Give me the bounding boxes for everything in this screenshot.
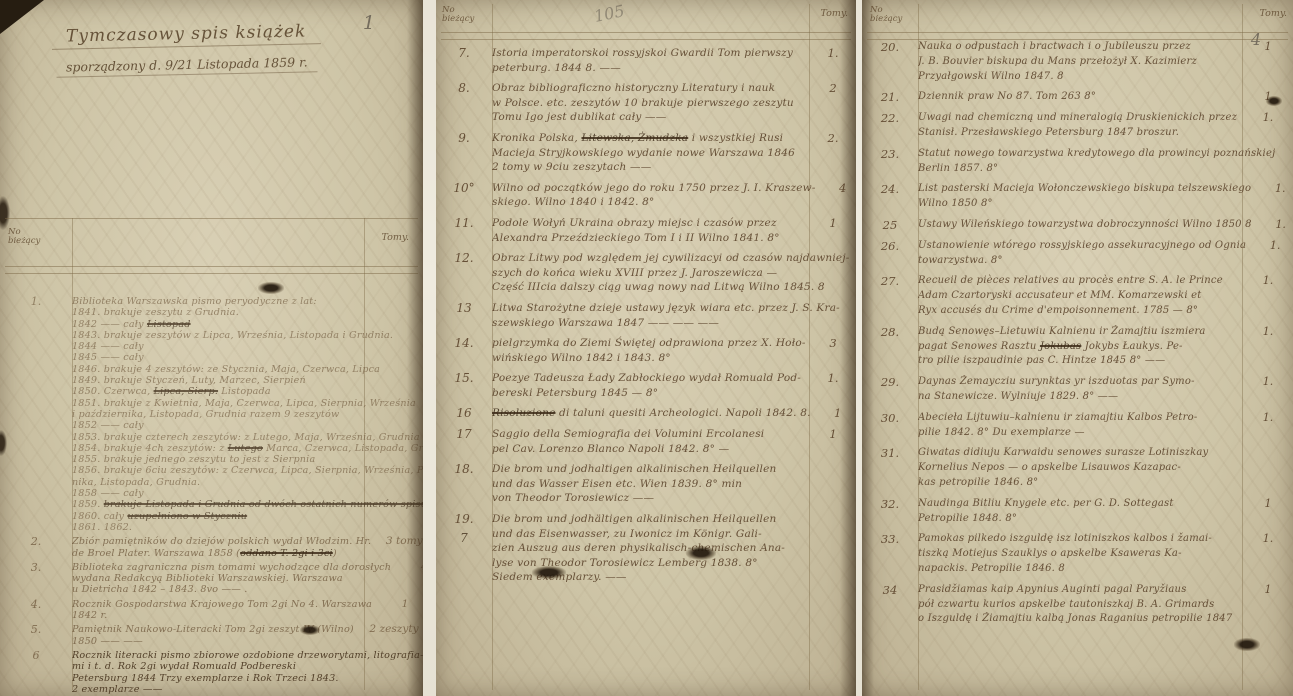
entry-tomy-value: [810, 512, 856, 585]
entry-line: Giwatas didiuju Karwaidu senowes surasze…: [918, 446, 1239, 461]
entry-tomy-value: 1.: [1243, 532, 1293, 576]
entry-tomy-value: [810, 462, 856, 506]
entry-line: peterburg. 1844 8. ——: [492, 61, 806, 76]
column-header-no: No bieżący: [442, 6, 474, 24]
entry-text: Obraz Litwy pod względem jej cywilizacyi…: [492, 251, 854, 295]
entry-line: towarzystwa. 8°: [918, 254, 1246, 269]
entry-tomy-value: 1.: [1255, 182, 1293, 212]
edge-blot: [0, 196, 10, 230]
document-title: Tymczasowy spis książek: [52, 21, 321, 50]
entry-number: 32.: [862, 497, 918, 527]
entry-line: Budą Senowęs–Lietuwiu Kalnienu ir Žamajt…: [918, 325, 1239, 340]
catalog-entry: 6Rocznik literacki pismo zbiorowe ozdobi…: [0, 650, 423, 695]
entry-number: 15.: [436, 371, 492, 400]
entry-line: von Theodor Torosiewicz ——: [492, 491, 806, 506]
entry-line: Adam Czartoryski accusateur et MM. Komar…: [918, 289, 1239, 304]
entry-tomy-value: 1.: [854, 251, 856, 295]
document-subtitle: sporządzony d. 9/21 Listopada 1859 r.: [56, 54, 318, 77]
entry-line: 1850 —— ——: [72, 636, 361, 647]
entry-number: 2.: [0, 536, 72, 559]
entry-tomy-value: 1.: [810, 371, 856, 400]
entry-line: pilie 1842. 8° Du exemplarze —: [918, 426, 1239, 441]
entry-line: 1842 —— cały Listopad: [72, 319, 423, 330]
entry-number: 11.: [436, 216, 492, 245]
catalog-entry: 15.Poezye Tadeusza Łady Zabłockiego wyda…: [436, 371, 856, 400]
catalog-entry: 33.Pamokas pilkedo iszguldę isz lotinisz…: [862, 532, 1293, 576]
entry-line: nika, Listopada, Grudnia.: [72, 477, 423, 488]
catalog-entry: 25Ustawy Wileńskiego towarzystwa dobrocz…: [862, 218, 1293, 233]
entry-tomy-value: 1.: [1243, 325, 1293, 369]
catalog-entry: 5.Pamiętnik Naukowo-Literacki Tom 2gi ze…: [0, 624, 423, 647]
entry-number: 7.: [436, 46, 492, 75]
entry-line: mi i t. d. Rok 2gi wydał Romuald Podbere…: [72, 661, 423, 672]
title-block: Tymczasowy spis książek sporządzony d. 9…: [30, 21, 344, 79]
catalog-entry: 13Litwa Starożytne dzieje ustawy język w…: [436, 301, 856, 330]
pencil-note: 105: [592, 1, 626, 26]
catalog-entry: 2.Zbiór pamiętników do dziejów polskich …: [0, 536, 423, 559]
entry-number: 27.: [862, 274, 918, 318]
entry-line: szewskiego Warszawa 1847 —— —— ——: [492, 316, 840, 331]
entry-text: Rocznik literacki pismo zbiorowe ozdobio…: [72, 650, 423, 695]
catalog-entry: 23.Statut nowego towarzystwa kredytowego…: [862, 147, 1293, 177]
catalog-entry: 9.Kronika Polska, Litewska, Żmudzka i ws…: [436, 131, 856, 175]
ink-blot: [686, 546, 716, 560]
entry-tomy-value: 1: [1279, 147, 1293, 177]
entry-line: Zbiór pamiętników do dziejów polskich wy…: [72, 536, 371, 547]
entry-line: Biblioteka zagraniczna pism tomami wycho…: [72, 562, 391, 573]
entry-line: 1842 r.: [72, 610, 372, 621]
entry-tomy-value: 1: [376, 599, 423, 622]
entry-line: und das Wasser Eisen etc. Wien 1839. 8° …: [492, 477, 806, 492]
entry-line: Nauka o odpustach i bractwach i o Jubile…: [918, 40, 1239, 55]
entry-text: Recueil de pièces relatives au procès en…: [918, 274, 1243, 318]
entry-line: i października, Listopada, Grudnia razem…: [72, 409, 423, 420]
entry-tomy-value: 1: [810, 427, 856, 456]
entry-text: pielgrzymka do Ziemi Świętej odprawiona …: [492, 336, 810, 365]
entry-tomy-value: 1.: [1243, 411, 1293, 441]
entry-text: Kronika Polska, Litewska, Żmudzka i wszy…: [492, 131, 810, 175]
catalog-entry: 11.Podole Wołyń Ukraina obrazy miejsc i …: [436, 216, 856, 245]
catalog-entry: 12.Obraz Litwy pod względem jej cywiliza…: [436, 251, 856, 295]
entry-text: Abecieła Lijtuwiu–kalnienu ir ziamajtiu …: [918, 411, 1243, 441]
page-right: 4 No bieżący Tomy. 20.Nauka o odpustach …: [862, 0, 1293, 696]
entry-number: 21.: [862, 90, 918, 105]
entry-text: Giwatas didiuju Karwaidu senowes surasze…: [918, 446, 1243, 490]
entry-number: 6: [0, 650, 72, 695]
rule-line: [5, 266, 418, 267]
entry-tomy-value: 1: [1243, 40, 1293, 84]
entry-line: 1843. brakuje zeszytów z Lipca, Września…: [72, 330, 423, 341]
entry-line: pagat Senowes Rasztu Jokubas Jokybs Łauk…: [918, 340, 1239, 355]
column-header-no: No bieżący: [8, 228, 40, 246]
catalog-entry: 17Saggio della Semiografia dei Volumini …: [436, 427, 856, 456]
entry-line: 1851. brakuje z Kwietnia, Maja, Czerwca,…: [72, 398, 423, 409]
catalog-entry: 19.7Die brom und jodhältigen alkalinisch…: [436, 512, 856, 585]
entry-line: o Iszguldę i Žiamajtiu kalbą Jonas Ragan…: [918, 612, 1239, 627]
entry-line: Obraz bibliograficzno historyczny Litera…: [492, 81, 806, 96]
entry-line: 1841. brakuje zeszytu z Grudnia.: [72, 307, 423, 318]
entry-line: 1860. cały uzupełniono w Styczniu: [72, 511, 423, 522]
entry-number: 34: [862, 583, 918, 627]
entry-line: und das Eisenwasser, zu Iwonicz im König…: [492, 527, 806, 542]
entry-line: tro pilie iszpaudinie pas C. Hintze 1845…: [918, 354, 1239, 369]
entry-tomy-value: 2.: [844, 301, 856, 330]
rule-line: [441, 39, 851, 40]
entry-tomy-value: [1243, 446, 1293, 490]
entry-tomy-value: 1: [815, 406, 856, 421]
entry-tomy-value: 4: [395, 562, 423, 596]
entry-line: Risoluzione di taluni quesiti Archeologi…: [492, 406, 811, 421]
entry-number: 18.: [436, 462, 492, 506]
entry-tomy-value: 3 tomy: [375, 536, 423, 559]
entry-line: 1861. 1862.: [72, 522, 423, 533]
column-header-tomy: Tomy.: [1260, 8, 1287, 19]
entry-line: Rocznik Gospodarstwa Krajowego Tom 2gi N…: [72, 599, 372, 610]
entry-tomy-value: 2 zeszyty: [365, 624, 423, 647]
rule-line: [441, 32, 851, 33]
entry-line: 2 exemplarze ——: [72, 684, 423, 695]
entry-number: 1.: [0, 296, 72, 533]
entry-line: Naudinga Bitliu Knygele etc. per G. D. S…: [918, 497, 1239, 512]
entry-text: Obraz bibliograficzno historyczny Litera…: [492, 81, 810, 125]
entry-line: Recueil de pièces relatives au procès en…: [918, 274, 1239, 289]
manuscript-scan: 1 Tymczasowy spis książek sporządzony d.…: [0, 0, 1293, 696]
entry-line: Stanisł. Przesławskiego Petersburg 1847 …: [918, 126, 1239, 141]
entry-line: tiszką Motiejus Szauklys o apskelbe Ksaw…: [918, 547, 1239, 562]
entry-line: Petropilie 1848. 8°: [918, 512, 1239, 527]
entry-line: Alexandra Przeździeckiego Tom I i II Wil…: [492, 231, 806, 246]
entry-text: Saggio della Semiografia dei Volumini Er…: [492, 427, 810, 456]
entry-tomy-value: 2.: [810, 131, 856, 175]
entry-line: Dziennik praw No 87. Tom 263 8°: [918, 90, 1239, 105]
entry-line: 1854. brakuje 4ch zeszytów: z Lutego Mar…: [72, 443, 423, 454]
entry-text: Budą Senowęs–Lietuwiu Kalnienu ir Žamajt…: [918, 325, 1243, 369]
catalog-entry: 7.Istoria imperatorskoi rossyjskoi Gward…: [436, 46, 856, 75]
entry-line: Biblioteka Warszawska pismo peryodyczne …: [72, 296, 423, 307]
entry-line: Daynas Žemaycziu surynktas yr iszduotas …: [918, 375, 1239, 390]
entry-line: napackis. Petropilie 1846. 8: [918, 562, 1239, 577]
entry-text: List pasterski Macieja Wołonczewskiego b…: [918, 182, 1255, 212]
entry-text: Biblioteka Warszawska pismo peryodyczne …: [72, 296, 423, 533]
entry-line: Statut nowego towarzystwa kredytowego dl…: [918, 147, 1275, 162]
entry-text: Wilno od początków jego do roku 1750 prz…: [492, 181, 820, 210]
entry-line: J. B. Bouvier biskupa du Mans przełożył …: [918, 55, 1239, 70]
entry-line: wydana Redakcyą Biblioteki Warszawskiej.…: [72, 573, 391, 584]
catalog-entry: 34Prasidžiamas kaip Apynius Auginti paga…: [862, 583, 1293, 627]
entry-text: Poezye Tadeusza Łady Zabłockiego wydał R…: [492, 371, 810, 400]
page-number-pencil: 1: [363, 12, 375, 34]
catalog-entry: 4.Rocznik Gospodarstwa Krajowego Tom 2gi…: [0, 599, 423, 622]
catalog-entry: 22.Uwagi nad chemiczną und mineralogią D…: [862, 111, 1293, 141]
entry-tomy-value: 1.: [1256, 218, 1293, 233]
entry-number: 25: [862, 218, 918, 233]
entry-number: 31.: [862, 446, 918, 490]
entry-number: 19.7: [436, 512, 492, 585]
entry-number: 30.: [862, 411, 918, 441]
entry-text: Pamiętnik Naukowo-Literacki Tom 2gi zesz…: [72, 624, 365, 647]
entry-number: 22.: [862, 111, 918, 141]
entry-tomy-value: 1: [1243, 583, 1293, 627]
entry-line: 1858 —— cały: [72, 488, 423, 499]
entry-text: Dziennik praw No 87. Tom 263 8°: [918, 90, 1243, 105]
entry-number: 3.: [0, 562, 72, 596]
entry-text: Naudinga Bitliu Knygele etc. per G. D. S…: [918, 497, 1243, 527]
entry-line: List pasterski Macieja Wołonczewskiego b…: [918, 182, 1251, 197]
entry-number: 5.: [0, 624, 72, 647]
entry-text: Biblioteka zagraniczna pism tomami wycho…: [72, 562, 395, 596]
entry-line: Przyałgowski Wilno 1847. 8: [918, 70, 1239, 85]
entry-line: Tomu Igo jest dublikat cały ——: [492, 110, 806, 125]
entry-line: Ustawy Wileńskiego towarzystwa dobroczyn…: [918, 218, 1252, 233]
page-left: 1 Tymczasowy spis książek sporządzony d.…: [0, 0, 423, 696]
entry-line: Rocznik literacki pismo zbiorowe ozdobio…: [72, 650, 423, 661]
entry-text: Podole Wołyń Ukraina obrazy miejsc i cza…: [492, 216, 810, 245]
entry-line: Abecieła Lijtuwiu–kalnienu ir ziamajtiu …: [918, 411, 1239, 426]
entry-line: Poezye Tadeusza Łady Zabłockiego wydał R…: [492, 371, 806, 386]
entry-number: 33.: [862, 532, 918, 576]
ink-blot: [1234, 638, 1260, 651]
entry-tomy-value: 1.: [1243, 111, 1293, 141]
entry-line: w Polsce. etc. zeszytów 10 brakuje pierw…: [492, 96, 806, 111]
entry-line: 1845 —— cały: [72, 352, 423, 363]
catalog-entry: 16Risoluzione di taluni quesiti Archeolo…: [436, 406, 856, 421]
entry-number: 9.: [436, 131, 492, 175]
entry-line: Kronika Polska, Litewska, Żmudzka i wszy…: [492, 131, 806, 146]
entry-text: Pamokas pilkedo iszguldę isz lotiniszkos…: [918, 532, 1243, 576]
entry-line: Macieja Stryjkowskiego wydanie nowe Wars…: [492, 146, 806, 161]
catalog-entry: 31.Giwatas didiuju Karwaidu senowes sura…: [862, 446, 1293, 490]
page-middle: 105 No bieżący Tomy. 7.Istoria imperator…: [436, 0, 856, 696]
entry-list: 20.Nauka o odpustach i bractwach i o Jub…: [862, 40, 1293, 633]
catalog-entry: 32.Naudinga Bitliu Knygele etc. per G. D…: [862, 497, 1293, 527]
column-header-no: No bieżący: [870, 6, 902, 24]
entry-line: zien Auszug aus deren physikalisch-chemi…: [492, 541, 806, 556]
entry-tomy-value: 1.: [1243, 375, 1293, 405]
rule-line: [5, 218, 418, 219]
catalog-entry: 29.Daynas Žemaycziu surynktas yr iszduot…: [862, 375, 1293, 405]
entry-line: kas petropilie 1846. 8°: [918, 476, 1239, 491]
entry-number: 12.: [436, 251, 492, 295]
entry-line: bereski Petersburg 1845 — 8°: [492, 386, 806, 401]
entry-line: Die brom und jodhaltigen alkalinischen H…: [492, 462, 806, 477]
entry-tomy-value: 1.: [1243, 274, 1293, 318]
entry-list: 7.Istoria imperatorskoi rossyjskoi Gward…: [436, 46, 856, 591]
catalog-entry: 26.Ustanowienie wtórego rossyjskiego ass…: [862, 239, 1293, 269]
column-header-tomy: Tomy.: [382, 232, 409, 243]
column-header-tomy: Tomy.: [821, 8, 848, 19]
entry-text: Nauka o odpustach i bractwach i o Jubile…: [918, 40, 1243, 84]
catalog-entry: 30.Abecieła Lijtuwiu–kalnienu ir ziamajt…: [862, 411, 1293, 441]
entry-tomy-value: 1: [1243, 497, 1293, 527]
entry-line: 1850. Czerwca, Lipca, Sierp. Listopada: [72, 386, 423, 397]
entry-number: 20.: [862, 40, 918, 84]
entry-list: 1.Biblioteka Warszawska pismo peryodyczn…: [0, 296, 423, 696]
entry-tomy-value: 1.: [1250, 239, 1293, 269]
entry-line: Petersburg 1844 Trzy exemplarze i Rok Tr…: [72, 673, 423, 684]
catalog-entry: 28.Budą Senowęs–Lietuwiu Kalnienu ir Žam…: [862, 325, 1293, 369]
entry-line: 1846. brakuje 4 zeszytów: ze Stycznia, M…: [72, 364, 423, 375]
catalog-entry: 21.Dziennik praw No 87. Tom 263 8°1: [862, 90, 1293, 105]
entry-text: Zbiór pamiętników do dziejów polskich wy…: [72, 536, 375, 559]
entry-line: 2 tomy w 9ciu zeszytach ——: [492, 160, 806, 175]
page-gap: [423, 0, 436, 696]
entry-line: Saggio della Semiografia dei Volumini Er…: [492, 427, 806, 442]
entry-line: Berlin 1857. 8°: [918, 162, 1275, 177]
rule-line: [5, 273, 418, 274]
entry-number: 10°: [436, 181, 492, 210]
entry-number: 4.: [0, 599, 72, 622]
entry-number: 8.: [436, 81, 492, 125]
entry-number: 29.: [862, 375, 918, 405]
entry-line: Obraz Litwy pod względem jej cywilizacyi…: [492, 251, 850, 266]
entry-line: u Dietricha 1842 – 1843. 8vo —— .: [72, 584, 391, 595]
entry-line: Die brom und jodhältigen alkalinischen H…: [492, 512, 806, 527]
entry-line: szych do końca wieku XVIII przez J. Jaro…: [492, 266, 850, 281]
entry-tomy-value: 1.: [810, 46, 856, 75]
catalog-entry: 3.Biblioteka zagraniczna pism tomami wyc…: [0, 562, 423, 596]
entry-line: skiego. Wilno 1840 i 1842. 8°: [492, 195, 816, 210]
entry-line: Podole Wołyń Ukraina obrazy miejsc i cza…: [492, 216, 806, 231]
entry-line: pielgrzymka do Ziemi Świętej odprawiona …: [492, 336, 806, 351]
entry-text: Prasidžiamas kaip Apynius Auginti pagal …: [918, 583, 1243, 627]
entry-line: 1859. brakuje Listopada i Grudnia od dwó…: [72, 499, 423, 510]
entry-line: 1853. brakuje czterech zeszytów: z Luteg…: [72, 432, 423, 443]
entry-line: 1844 —— cały: [72, 341, 423, 352]
entry-line: Część IIIcia dalszy ciąg uwag nowy nad L…: [492, 280, 850, 295]
entry-line: Uwagi nad chemiczną und mineralogią Drus…: [918, 111, 1239, 126]
entry-tomy-value: 1: [810, 216, 856, 245]
ink-blot: [532, 566, 566, 579]
entry-number: 14.: [436, 336, 492, 365]
entry-number: 26.: [862, 239, 918, 269]
entry-line: Istoria imperatorskoi rossyjskoi Gwardii…: [492, 46, 806, 61]
ink-blot: [258, 282, 284, 294]
catalog-entry: 14.pielgrzymka do Ziemi Świętej odprawio…: [436, 336, 856, 365]
catalog-entry: 20.Nauka o odpustach i bractwach i o Jub…: [862, 40, 1293, 84]
catalog-entry: 18.Die brom und jodhaltigen alkalinische…: [436, 462, 856, 506]
catalog-entry: 1.Biblioteka Warszawska pismo peryodyczn…: [0, 296, 423, 533]
entry-text: Ustanowienie wtórego rossyjskiego asseku…: [918, 239, 1250, 269]
entry-number: 16: [436, 406, 492, 421]
catalog-entry: 24.List pasterski Macieja Wołonczewskieg…: [862, 182, 1293, 212]
entry-line: Wilno 1850 8°: [918, 197, 1251, 212]
entry-text: Statut nowego towarzystwa kredytowego dl…: [918, 147, 1279, 177]
entry-line: de Broel Plater. Warszawa 1858 (oddano T…: [72, 548, 371, 559]
entry-line: Kornelius Nepos — o apskelbe Lisauwos Ka…: [918, 461, 1239, 476]
entry-tomy-value: 2: [810, 81, 856, 125]
entry-line: 1856. brakuje 6ciu zeszytów: z Czerwca, …: [72, 465, 423, 476]
entry-line: 1852 —— cały: [72, 420, 423, 431]
entry-text: Daynas Žemaycziu surynktas yr iszduotas …: [918, 375, 1243, 405]
entry-tomy-value: 3: [810, 336, 856, 365]
entry-text: Uwagi nad chemiczną und mineralogią Drus…: [918, 111, 1243, 141]
entry-line: Ustanowienie wtórego rossyjskiego asseku…: [918, 239, 1246, 254]
entry-number: 28.: [862, 325, 918, 369]
entry-line: pół czwartu kurios apskelbe tautoniszkaj…: [918, 598, 1239, 613]
entry-line: Prasidžiamas kaip Apynius Auginti pagal …: [918, 583, 1239, 598]
entry-line: 1855. brakuje jednego zeszytu to jest z …: [72, 454, 423, 465]
entry-number: 17: [436, 427, 492, 456]
entry-line: pel Cav. Lorenzo Blanco Napoli 1842. 8° …: [492, 442, 806, 457]
entry-line: wińskiego Wilno 1842 i 1843. 8°: [492, 351, 806, 366]
entry-number: 13: [436, 301, 492, 330]
entry-line: Ryx accusés du Crime d'empoisonnement. 1…: [918, 304, 1239, 319]
entry-number: 24.: [862, 182, 918, 212]
catalog-entry: 27.Recueil de pièces relatives au procès…: [862, 274, 1293, 318]
entry-margin-note: 7: [436, 531, 492, 546]
entry-line: Pamokas pilkedo iszguldę isz lotiniszkos…: [918, 532, 1239, 547]
entry-text: Istoria imperatorskoi rossyjskoi Gwardii…: [492, 46, 810, 75]
entry-number: 23.: [862, 147, 918, 177]
rule-line: [867, 32, 1288, 33]
catalog-entry: 8.Obraz bibliograficzno historyczny Lite…: [436, 81, 856, 125]
entry-line: na Stanewicze. Wylniuje 1829. 8° ——: [918, 390, 1239, 405]
ink-blot: [300, 625, 320, 635]
entry-text: Risoluzione di taluni quesiti Archeologi…: [492, 406, 815, 421]
ink-blot: [1266, 96, 1282, 106]
entry-text: Die brom und jodhaltigen alkalinischen H…: [492, 462, 810, 506]
entry-tomy-value: 4: [820, 181, 856, 210]
entry-line: Litwa Starożytne dzieje ustawy język wia…: [492, 301, 840, 316]
entry-line: Wilno od początków jego do roku 1750 prz…: [492, 181, 816, 196]
catalog-entry: 10°Wilno od początków jego do roku 1750 …: [436, 181, 856, 210]
entry-line: 1849. brakuje Styczeń, Luty, Marzec, Sie…: [72, 375, 423, 386]
entry-text: Litwa Starożytne dzieje ustawy język wia…: [492, 301, 844, 330]
entry-text: Ustawy Wileńskiego towarzystwa dobroczyn…: [918, 218, 1256, 233]
entry-text: Rocznik Gospodarstwa Krajowego Tom 2gi N…: [72, 599, 376, 622]
